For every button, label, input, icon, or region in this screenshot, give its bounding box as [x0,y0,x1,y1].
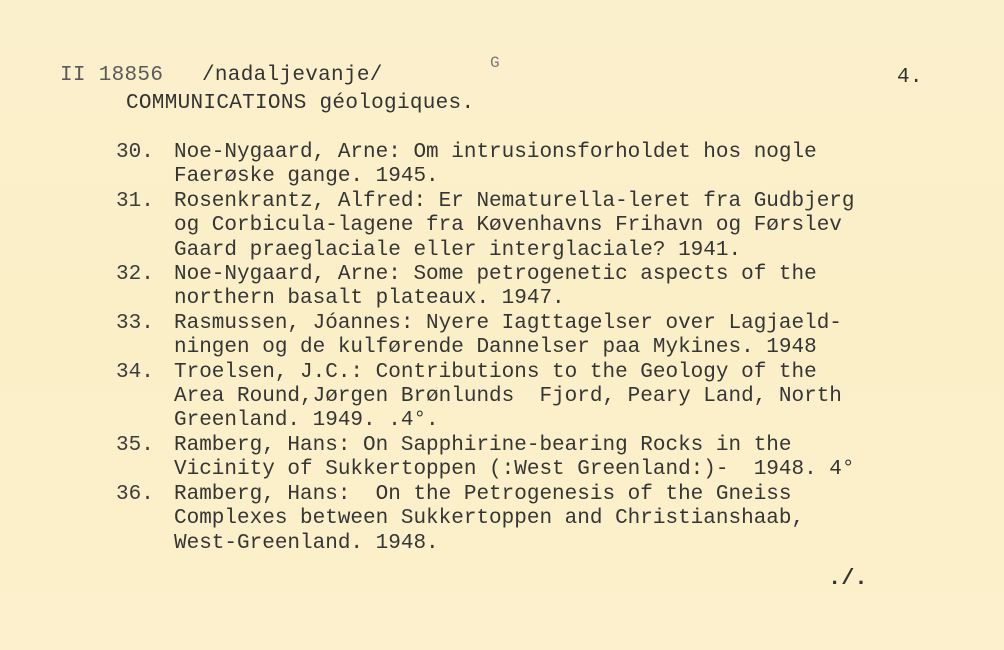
entry-line: Gaard praeglaciale eller interglaciale? … [174,239,855,263]
entry-number: 34. [116,361,174,434]
list-item: 33.Rasmussen, Jóannes: Nyere Iagttagelse… [116,312,855,361]
entry-text: Ramberg, Hans: On the Petrogenesis of th… [174,483,804,556]
shelfmark: II 18856 [60,64,163,87]
handwritten-note: /nadaljevanje/ [202,64,383,87]
entry-line: West-Greenland. 1948. [174,532,804,556]
card-title: COMMUNICATIONS géologiques. [126,92,474,115]
entry-line: ningen og de kulførende Dannelser paa My… [174,336,842,360]
entry-number: 31. [116,190,174,263]
entry-line: og Corbicula-lagene fra Køvenhavns Friha… [174,214,855,238]
list-item: 34.Troelsen, J.C.: Contributions to the … [116,361,855,434]
entry-text: Noe-Nygaard, Arne: Some petrogenetic asp… [174,263,817,312]
entry-line: Ramberg, Hans: On Sapphirine-bearing Roc… [174,434,855,458]
entry-line: Noe-Nygaard, Arne: Some petrogenetic asp… [174,263,817,287]
list-item: 31.Rosenkrantz, Alfred: Er Nematurella-l… [116,190,855,263]
entry-list: 30.Noe-Nygaard, Arne: Om intrusionsforho… [116,141,855,556]
entry-number: 30. [116,141,174,190]
entry-text: Noe-Nygaard, Arne: Om intrusionsforholde… [174,141,817,190]
entry-line: Greenland. 1949. .4°. [174,409,842,433]
entry-line: Vicinity of Sukkertoppen (:West Greenlan… [174,458,855,482]
entry-text: Troelsen, J.C.: Contributions to the Geo… [174,361,842,434]
entry-number: 33. [116,312,174,361]
entry-line: Ramberg, Hans: On the Petrogenesis of th… [174,483,804,507]
entry-line: Rasmussen, Jóannes: Nyere Iagttagelser o… [174,312,842,336]
entry-line: Troelsen, J.C.: Contributions to the Geo… [174,361,842,385]
entry-number: 36. [116,483,174,556]
end-mark: ./. [828,566,868,591]
letter-mark: G [490,54,500,72]
list-item: 36.Ramberg, Hans: On the Petrogenesis of… [116,483,855,556]
entry-line: Area Round,Jørgen Brønlunds Fjord, Peary… [174,385,842,409]
entry-text: Rosenkrantz, Alfred: Er Nematurella-lere… [174,190,855,263]
entry-number: 35. [116,434,174,483]
entry-line: Rosenkrantz, Alfred: Er Nematurella-lere… [174,190,855,214]
entry-line: Complexes between Sukkertoppen and Chris… [174,507,804,531]
entry-line: Noe-Nygaard, Arne: Om intrusionsforholde… [174,141,817,165]
entry-line: northern basalt plateaux. 1947. [174,287,817,311]
entry-text: Rasmussen, Jóannes: Nyere Iagttagelser o… [174,312,842,361]
entry-number: 32. [116,263,174,312]
list-item: 30.Noe-Nygaard, Arne: Om intrusionsforho… [116,141,855,190]
entry-text: Ramberg, Hans: On Sapphirine-bearing Roc… [174,434,855,483]
page-number: 4. [897,66,923,89]
entry-line: Faerøske gange. 1945. [174,165,817,189]
list-item: 32.Noe-Nygaard, Arne: Some petrogenetic … [116,263,855,312]
list-item: 35.Ramberg, Hans: On Sapphirine-bearing … [116,434,855,483]
catalog-card: II 18856 /nadaljevanje/ G 4. COMMUNICATI… [0,0,1004,650]
